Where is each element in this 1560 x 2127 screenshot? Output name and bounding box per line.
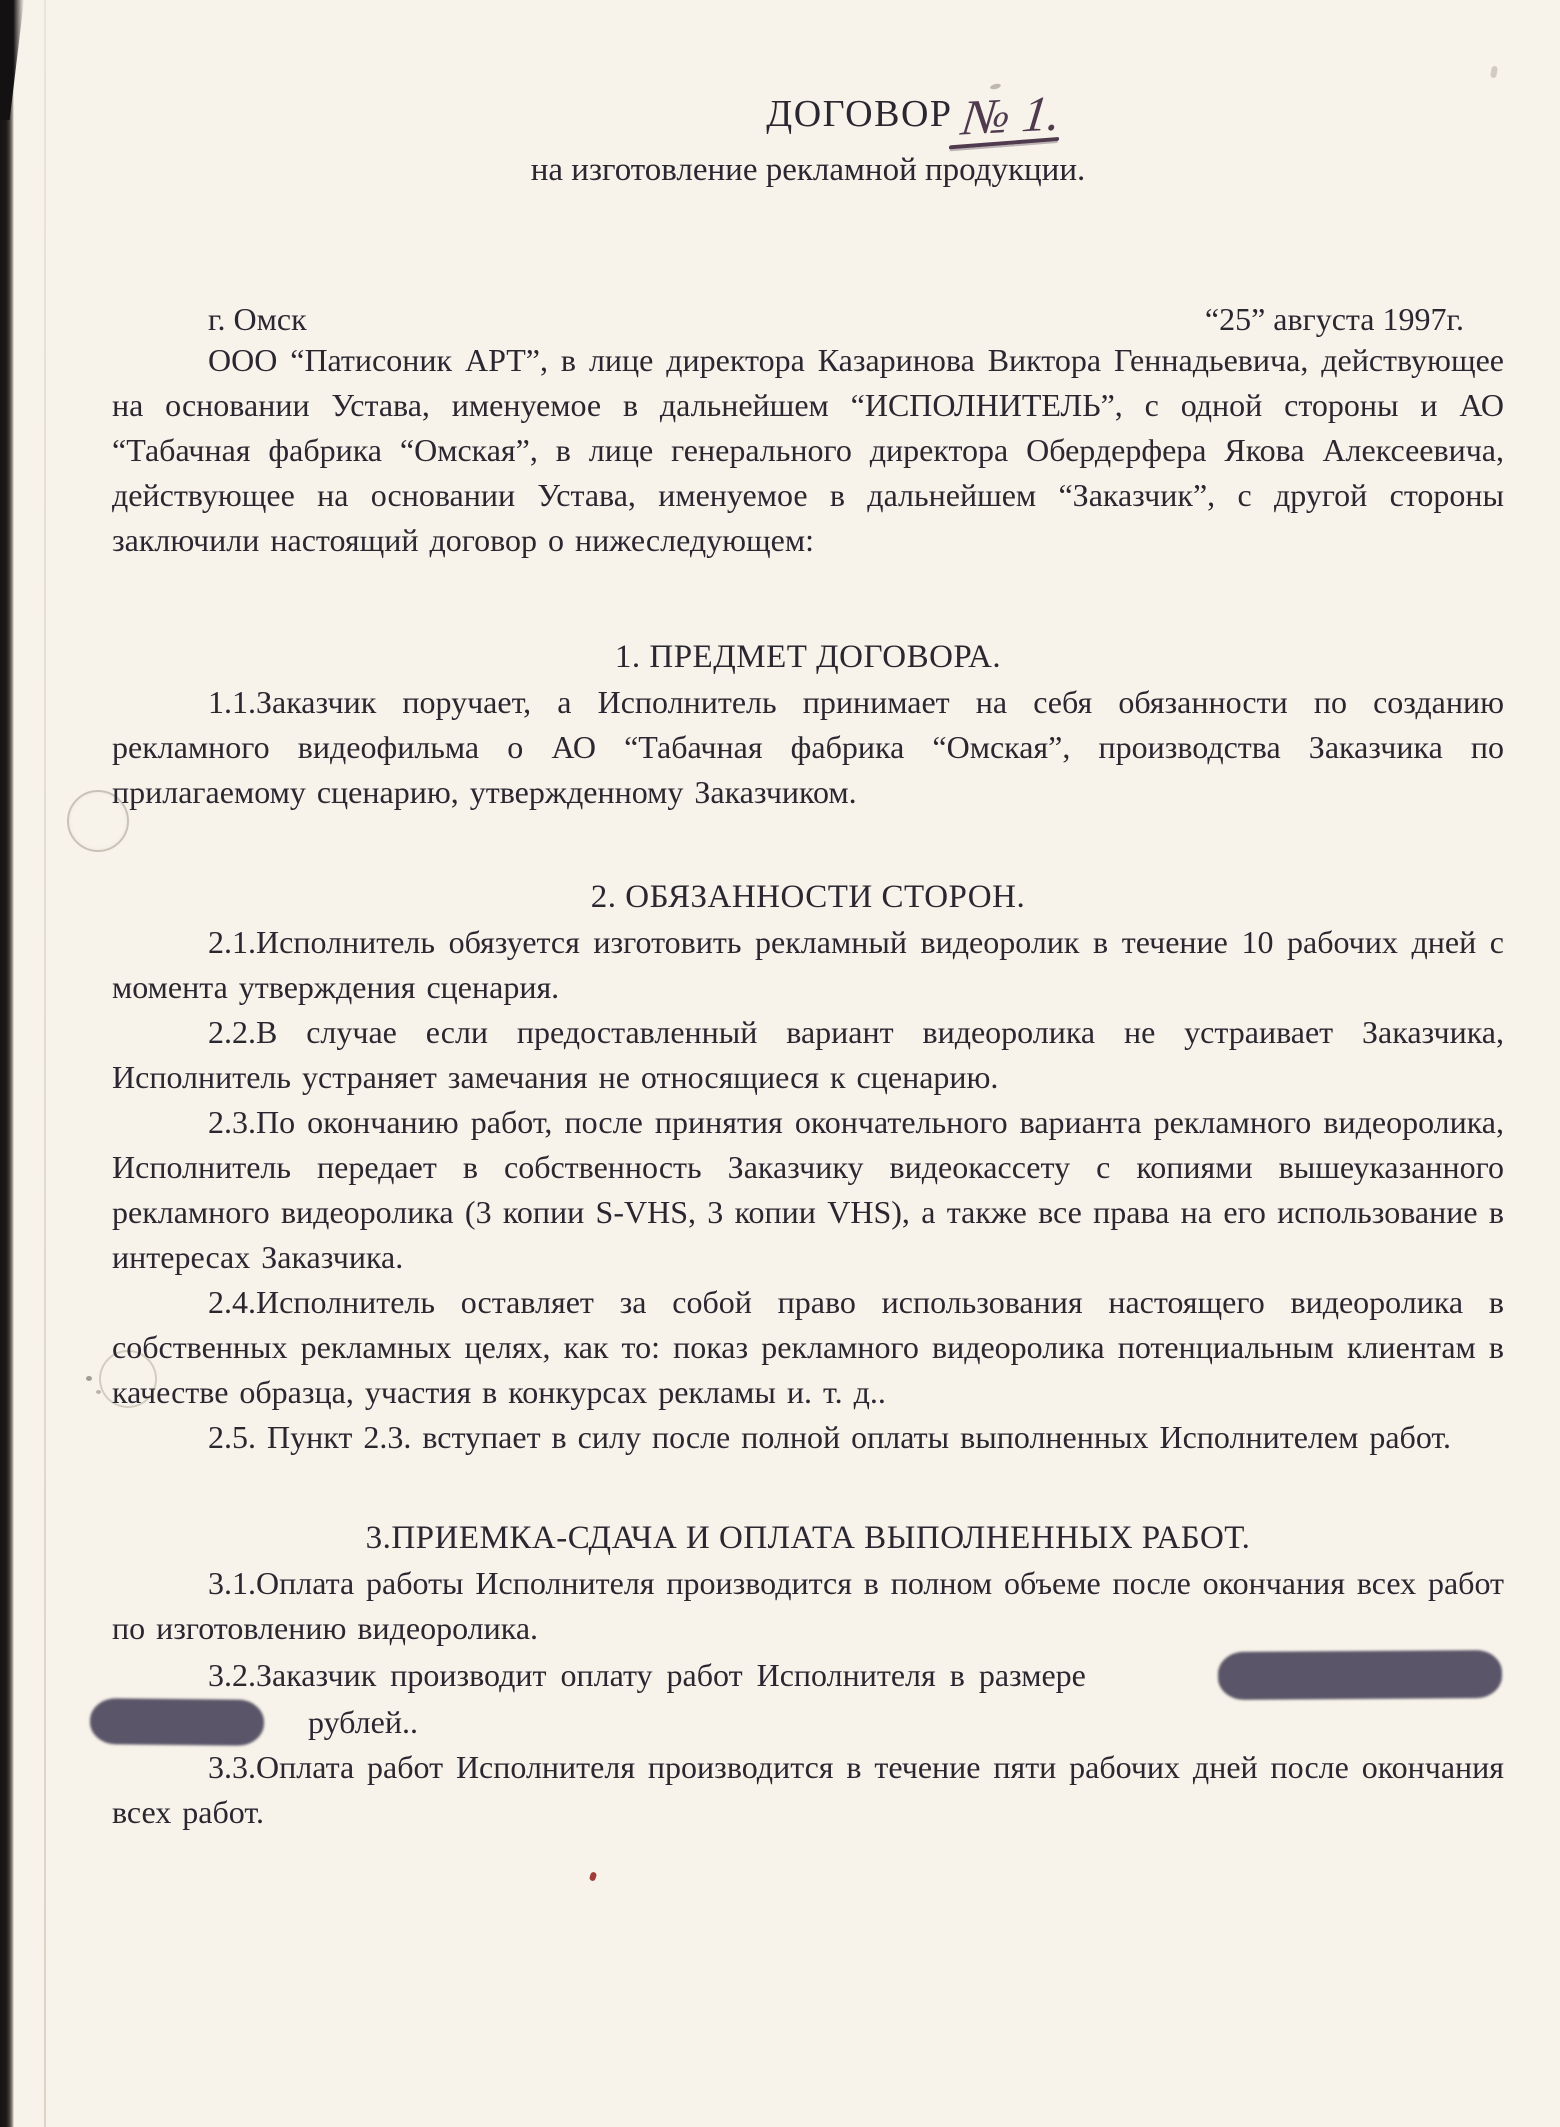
- contract-subtitle: на изготовление рекламной продукции.: [112, 152, 1504, 189]
- preamble-paragraph: ООО “Патисоник АРТ”, в лице директора Ка…: [112, 338, 1504, 563]
- clause-2-4: 2.4.Исполнитель оставляет за собой право…: [112, 1280, 1504, 1415]
- clause-2-2: 2.2.В случае если предоставленный вариан…: [112, 1010, 1504, 1100]
- section-2-heading: 2. ОБЯЗАННОСТИ СТОРОН.: [112, 875, 1504, 920]
- section-3-heading: 3.ПРИЕМКА-СДАЧА И ОПЛАТА ВЫПОЛНЕННЫХ РАБ…: [112, 1516, 1504, 1561]
- paper-crease-line: [44, 0, 46, 2127]
- section-1-heading: 1. ПРЕДМЕТ ДОГОВОРА.: [112, 635, 1504, 680]
- clause-3-2-text: 3.2.Заказчик производит оплату работ Исп…: [112, 1653, 1086, 1698]
- clause-3-3: 3.3.Оплата работ Исполнителя производитс…: [112, 1745, 1504, 1835]
- clause-2-1: 2.1.Исполнитель обязуется изготовить рек…: [112, 920, 1504, 1010]
- contract-date: “25” августа 1997г.: [1205, 301, 1464, 338]
- paper-smudge-dot: [86, 1376, 92, 1381]
- clause-3-1: 3.1.Оплата работы Исполнителя производит…: [112, 1561, 1504, 1651]
- contract-title: ДОГОВОР: [766, 93, 952, 135]
- contract-number-handwritten: № 1.: [959, 87, 1063, 142]
- paper-smudge-dot: [96, 1390, 101, 1394]
- place-and-date-row: г. Омск “25” августа 1997г.: [112, 301, 1504, 338]
- clause-3-2-line2: рублей..: [90, 1699, 1504, 1745]
- clause-1-1: 1.1.Заказчик поручает, а Исполнитель при…: [112, 680, 1504, 815]
- redaction-blob-amount-words: [90, 1698, 264, 1746]
- clause-3-2-currency: рублей..: [308, 1700, 418, 1745]
- clause-2-3: 2.3.По окончанию работ, после принятия о…: [112, 1100, 1504, 1280]
- contract-content: ДОГОВОР№ 1. на изготовление рекламной пр…: [112, 0, 1504, 1835]
- scan-edge-shadow: [0, 0, 14, 2127]
- red-ink-speck: [589, 1871, 597, 1881]
- clause-2-5: 2.5. Пункт 2.3. вступает в силу после по…: [112, 1415, 1504, 1460]
- clause-3-2-line1: 3.2.Заказчик производит оплату работ Исп…: [112, 1651, 1504, 1699]
- scanned-contract-page: ДОГОВОР№ 1. на изготовление рекламной пр…: [0, 0, 1560, 2127]
- contract-place: г. Омск: [208, 301, 307, 338]
- contract-title-line: ДОГОВОР№ 1.: [217, 90, 1560, 140]
- redaction-blob-amount: [1218, 1650, 1502, 1700]
